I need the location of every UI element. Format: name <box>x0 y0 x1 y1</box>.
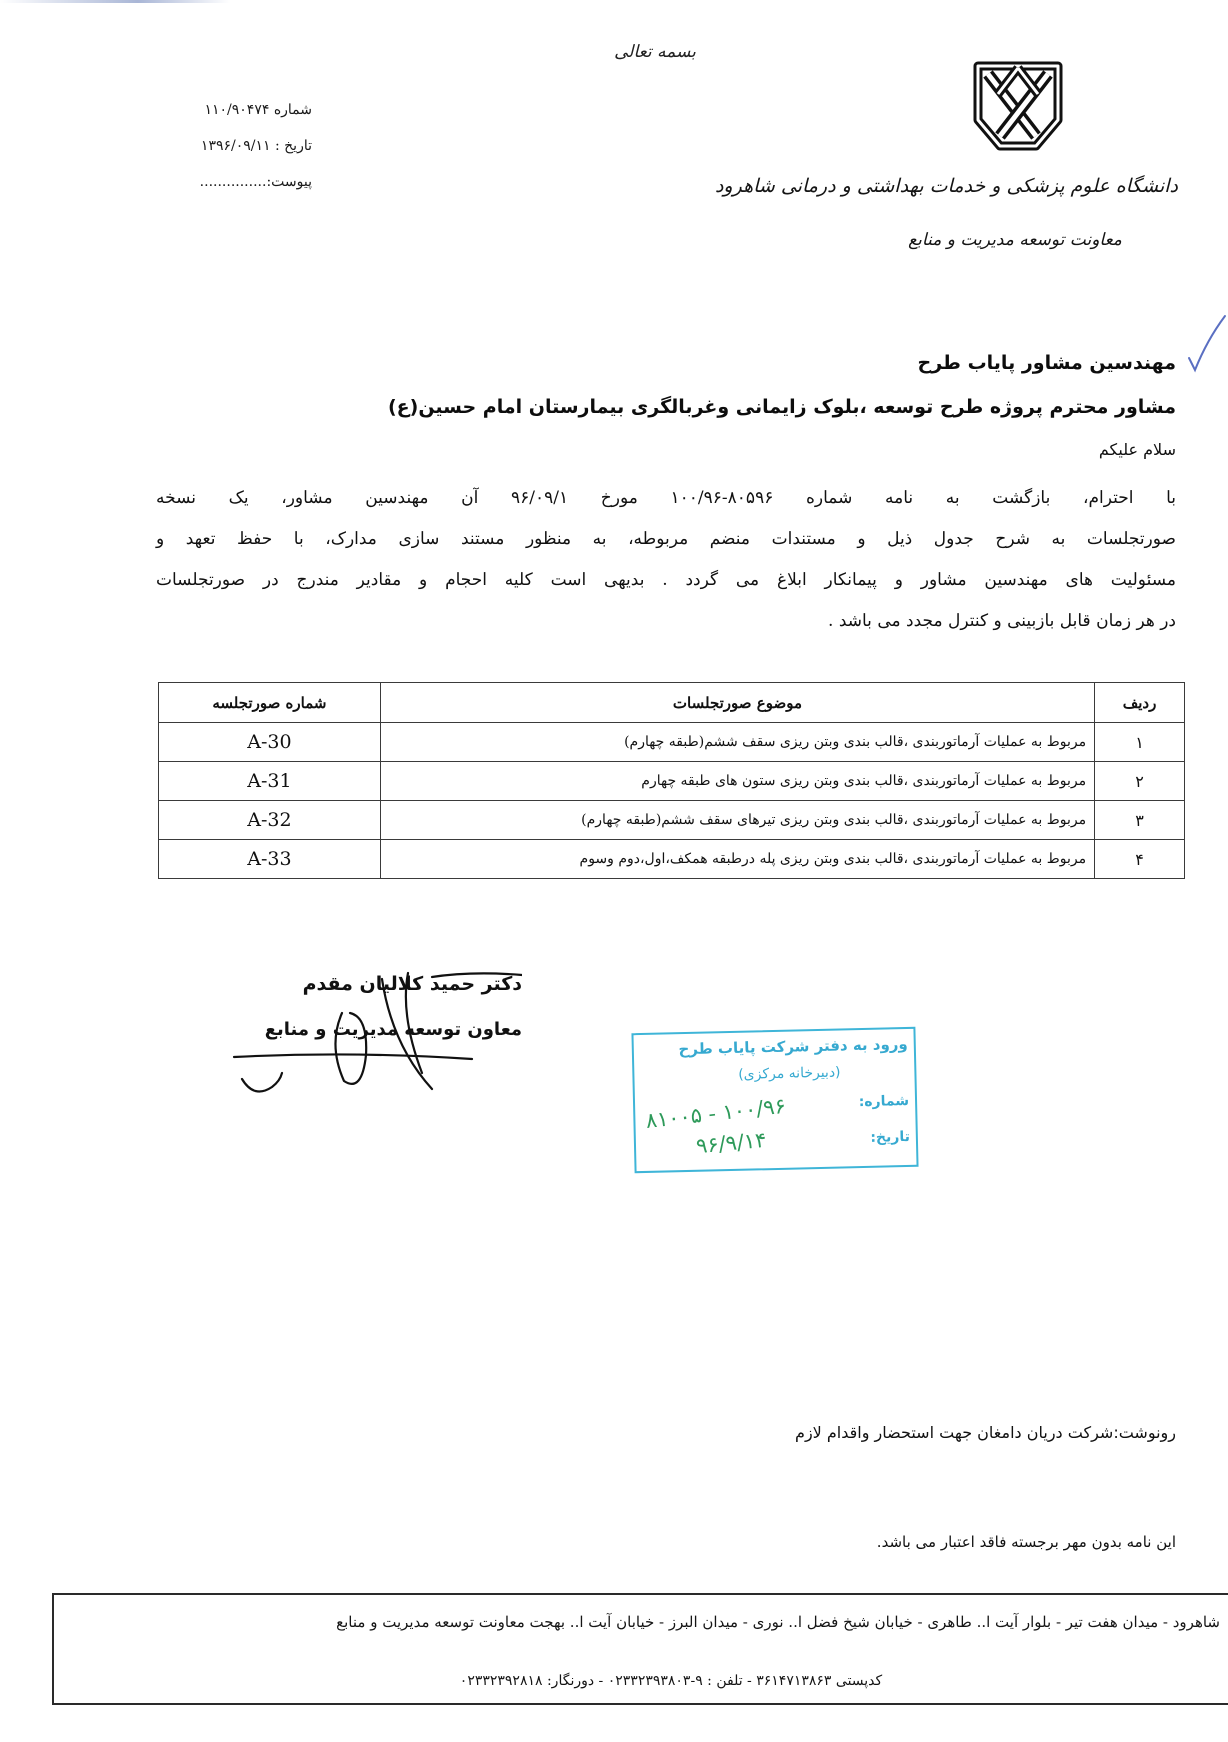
table-row: ۱ مربوط به عملیات آرماتوربندی ،قالب بندی… <box>159 723 1185 762</box>
stamp-number-value: ۸۱۰۰۵ - ۱۰۰/۹۶ <box>644 1094 787 1133</box>
row-subject: مربوط به عملیات آرماتوربندی ،قالب بندی و… <box>380 840 1094 879</box>
row-index: ۲ <box>1095 762 1185 801</box>
scan-edge <box>0 0 230 3</box>
stamp-date-value: ۹۶/۹/۱۴ <box>695 1128 767 1158</box>
stamp-number-label: شماره: <box>859 1093 910 1110</box>
stamp-title: ورود به دفتر شرکت پایاب طرح <box>678 1035 908 1058</box>
row-minutes-number: A-30 <box>159 723 381 762</box>
row-minutes-number: A-33 <box>159 840 381 879</box>
attachment-value: ............... <box>200 174 267 190</box>
letter-date-label: تاریخ : <box>275 138 312 154</box>
row-index: ۴ <box>1095 840 1185 879</box>
row-index: ۱ <box>1095 723 1185 762</box>
signature-block: دکتر حمید کلالیان مقدم معاون توسعه مدیری… <box>232 955 522 1105</box>
letter-number: ۱۱۰/۹۰۴۷۴ <box>204 102 269 118</box>
addressee-project: مشاور محترم پروژه طرح توسعه ،بلوک زایمان… <box>116 396 1176 418</box>
reference-block: شماره ۱۱۰/۹۰۴۷۴ تاریخ : ۱۳۹۶/۰۹/۱۱ پیوست… <box>140 92 312 200</box>
row-subject: مربوط به عملیات آرماتوربندی ،قالب بندی و… <box>380 762 1094 801</box>
header-subject: موضوع صورتجلسات <box>380 683 1094 723</box>
university-logo-icon <box>970 60 1066 152</box>
body-line: با احترام، بازگشت به نامه شماره ۸۰۵۹۶-۱۰… <box>156 478 1176 519</box>
letter-date-row: تاریخ : ۱۳۹۶/۰۹/۱۱ <box>140 128 312 164</box>
attachment-row: پیوست:............... <box>140 164 312 200</box>
table-row: ۲ مربوط به عملیات آرماتوربندی ،قالب بندی… <box>159 762 1185 801</box>
letter-body: با احترام، بازگشت به نامه شماره ۸۰۵۹۶-۱۰… <box>156 478 1176 642</box>
table-header-row: ردیف موضوع صورتجلسات شماره صورتجلسه <box>159 683 1185 723</box>
row-subject: مربوط به عملیات آرماتوربندی ،قالب بندی و… <box>380 723 1094 762</box>
letter-number-row: شماره ۱۱۰/۹۰۴۷۴ <box>140 92 312 128</box>
row-subject: مربوط به عملیات آرماتوربندی ،قالب بندی و… <box>380 801 1094 840</box>
row-index: ۳ <box>1095 801 1185 840</box>
letter-number-label: شماره <box>274 102 312 118</box>
row-minutes-number: A-31 <box>159 762 381 801</box>
body-line: مسئولیت های مهندسین مشاور و پیمانکار ابل… <box>156 560 1176 601</box>
university-name: دانشگاه علوم پزشکی و خدمات بهداشتی و درم… <box>850 175 1178 197</box>
validity-note: این نامه بدون مهر برجسته فاقد اعتبار می … <box>877 1533 1176 1551</box>
footer-contact: کدپستی ۳۶۱۴۷۱۳۸۶۳ - تلفن : ۹-۰۲۳۳۲۳۹۳۸۰۳… <box>54 1673 1228 1689</box>
received-stamp: ورود به دفتر شرکت پایاب طرح (دبیرخانه مر… <box>631 1027 918 1173</box>
header-row-index: ردیف <box>1095 683 1185 723</box>
table-row: ۳ مربوط به عملیات آرماتوربندی ،قالب بندی… <box>159 801 1185 840</box>
body-line: در هر زمان قابل بازبینی و کنترل مجدد می … <box>156 601 1176 642</box>
header-minutes-number: شماره صورتجلسه <box>159 683 381 723</box>
addressee-company: مهندسین مشاور پایاب طرح <box>116 352 1176 374</box>
table-row: ۴ مربوط به عملیات آرماتوربندی ،قالب بندی… <box>159 840 1185 879</box>
row-minutes-number: A-32 <box>159 801 381 840</box>
stamp-date-label: تاریخ: <box>870 1129 910 1146</box>
checkmark-icon <box>1185 312 1227 374</box>
attachment-label: پیوست: <box>266 174 312 190</box>
body-line: صورتجلسات به شرح جدول ذیل و مستندات منضم… <box>156 519 1176 560</box>
letter-date: ۱۳۹۶/۰۹/۱۱ <box>201 138 271 154</box>
invocation: بسمه تعالی <box>600 42 710 62</box>
department-name: معاونت توسعه مدیریت و منابع <box>900 230 1130 250</box>
cc-note: رونوشت:شرکت دریان دامغان جهت استحضار واق… <box>795 1423 1176 1442</box>
footer: شاهرود - میدان هفت تیر - بلوار آیت ا.. ط… <box>52 1593 1228 1705</box>
stamp-subtitle: (دبیرخانه مرکزی) <box>634 1063 914 1085</box>
handwritten-signature-icon <box>232 955 522 1105</box>
salutation: سلام علیکم <box>1099 440 1176 459</box>
minutes-table: ردیف موضوع صورتجلسات شماره صورتجلسه ۱ مر… <box>158 682 1185 879</box>
footer-address: شاهرود - میدان هفت تیر - بلوار آیت ا.. ط… <box>62 1613 1220 1631</box>
